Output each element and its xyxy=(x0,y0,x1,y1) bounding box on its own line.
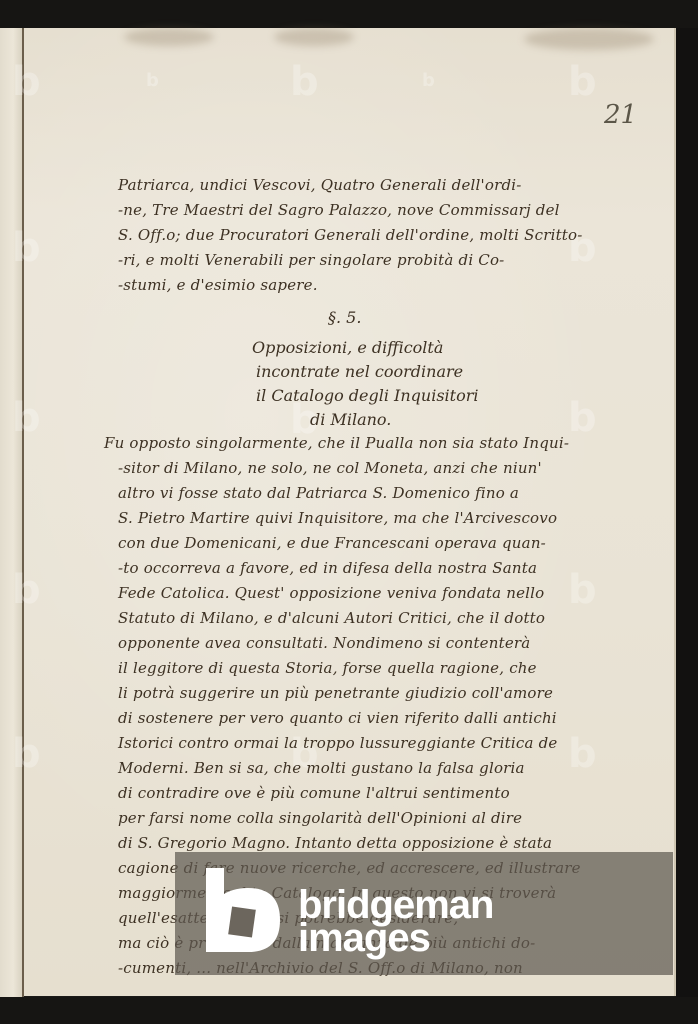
section-title-line: il Catalogo degli Inquisitori xyxy=(256,386,479,405)
manuscript-line: di S. Gregorio Magno. Intanto detta oppo… xyxy=(118,834,552,852)
bridgeman-b-logo-icon xyxy=(206,868,280,952)
manuscript-line: di contradire ove è più comune l'altrui … xyxy=(118,784,510,802)
manuscript-line: con due Domenicani, e due Francescani op… xyxy=(118,534,546,552)
paper-stain xyxy=(274,28,354,46)
ghost-watermark-b-icon: b xyxy=(568,62,597,102)
ghost-watermark-b-icon: b xyxy=(568,734,597,774)
ghost-watermark-b-icon: b xyxy=(12,570,41,610)
section-title-line: di Milano. xyxy=(310,410,391,429)
paper-stain xyxy=(524,28,654,50)
manuscript-line: Moderni. Ben si sa, che molti gustano la… xyxy=(118,759,525,777)
manuscript-line: -ne, Tre Maestri del Sagro Palazzo, nove… xyxy=(118,201,560,219)
watermark-brand-line-2: images xyxy=(298,918,430,958)
ghost-watermark-b-icon: b xyxy=(568,570,597,610)
manuscript-line: S. Off.o; due Procuratori Generali dell'… xyxy=(118,226,583,244)
manuscript-line: -ri, e molti Venerabili per singolare pr… xyxy=(118,251,504,269)
scan-right-background xyxy=(676,28,698,1024)
ghost-watermark-b-icon: b xyxy=(568,398,597,438)
folio-number: 21 xyxy=(604,100,637,130)
manuscript-line: il leggitore di questa Storia, forse que… xyxy=(118,659,537,677)
manuscript-line: Fede Catolica. Quest' opposizione veniva… xyxy=(118,584,544,602)
ghost-watermark-b-icon: b xyxy=(146,72,159,90)
manuscript-line: -stumi, e d'esimio sapere. xyxy=(118,276,318,294)
ghost-watermark-b-icon: b xyxy=(12,62,41,102)
manuscript-line: per farsi nome colla singolarità dell'Op… xyxy=(118,809,522,827)
manuscript-line: Fu opposto singolarmente, che il Pualla … xyxy=(104,434,569,452)
scan-bottom-background xyxy=(0,997,698,1024)
section-title-line: incontrate nel coordinare xyxy=(256,362,463,381)
ghost-watermark-b-icon: b xyxy=(12,398,41,438)
manuscript-line: di sostenere per vero quanto ci vien rif… xyxy=(118,709,557,727)
ghost-watermark-b-icon: b xyxy=(290,62,319,102)
manuscript-line: Patriarca, undici Vescovi, Quatro Genera… xyxy=(118,176,522,194)
manuscript-line: altro vi fosse stato dal Patriarca S. Do… xyxy=(118,484,519,502)
ghost-watermark-b-icon: b xyxy=(422,72,435,90)
section-number: §. 5. xyxy=(328,308,361,327)
manuscript-line: -to occorreva a favore, ed in difesa del… xyxy=(118,559,537,577)
ghost-watermark-b-icon: b xyxy=(12,228,41,268)
ghost-watermark-b-icon: b xyxy=(12,734,41,774)
manuscript-line: -sitor di Milano, ne solo, ne col Moneta… xyxy=(118,459,542,477)
manuscript-line: Istorici contro ormai la troppo lussureg… xyxy=(118,734,557,752)
paper-stain xyxy=(124,28,214,46)
manuscript-line: Statuto di Milano, e d'alcuni Autori Cri… xyxy=(118,609,545,627)
adjacent-leaf-edge xyxy=(0,28,22,998)
section-title-line: Opposizioni, e difficoltà xyxy=(252,338,443,357)
manuscript-line: li potrà suggerire un più penetrante giu… xyxy=(118,684,553,702)
manuscript-line: S. Pietro Martire quivi Inquisitore, ma … xyxy=(118,509,557,527)
scan-top-background xyxy=(0,0,698,30)
manuscript-line: opponente avea consultati. Nondimeno si … xyxy=(118,634,530,652)
